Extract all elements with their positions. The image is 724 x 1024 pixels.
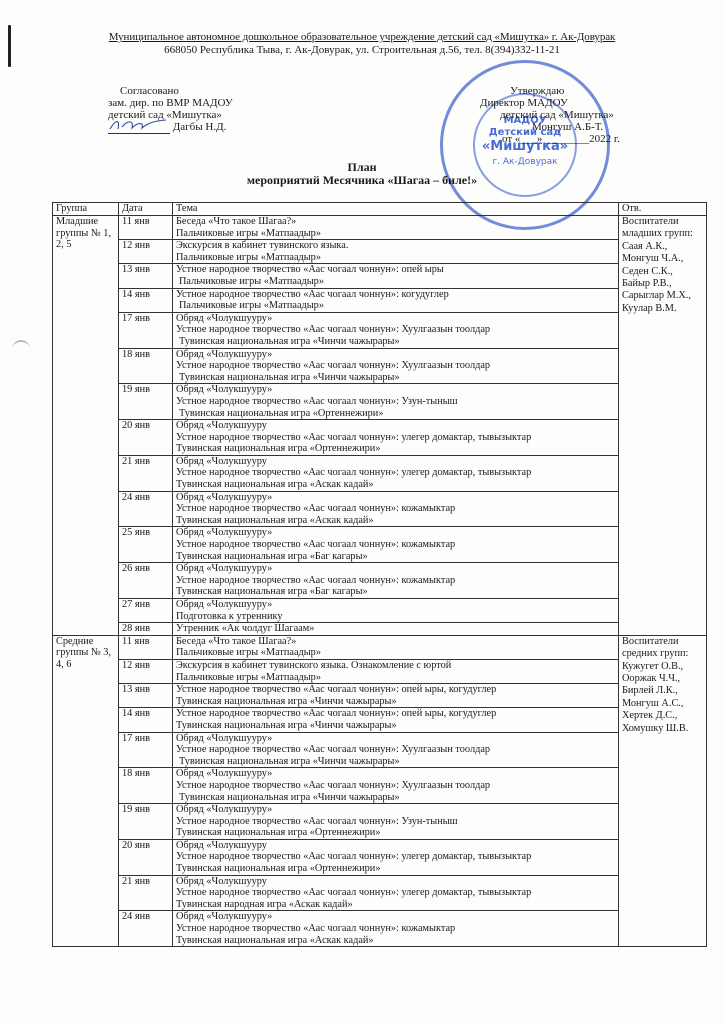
table-row: 20 янвОбряд «ЧолукшууруУстное народное т… <box>53 839 707 875</box>
theme-line: Устное народное творчество «Аас чогаал ч… <box>176 289 615 301</box>
theme-line: Устное народное творчество «Аас чогаал ч… <box>176 708 615 720</box>
theme-line: Обряд «Чолукшууру» <box>176 384 615 396</box>
theme-cell: Обряд «Чолукшууру»Устное народное творче… <box>173 384 619 420</box>
institution-name: Муниципальное автономное дошкольное обра… <box>0 31 724 43</box>
theme-line: Подготовка к утреннику <box>176 611 615 623</box>
theme-line: Пальчиковые игры «Матпаадыр» <box>176 672 615 684</box>
approval-right-signer: Монгуш А.Б-Т. <box>480 121 620 133</box>
theme-line: Обряд «Чолукшууру» <box>176 527 615 539</box>
date-cell: 24 янв <box>119 911 173 947</box>
theme-line: Тувинская национальная игра «Ортеннежири… <box>176 827 615 839</box>
theme-cell: Обряд «Чолукшууру»Устное народное творче… <box>173 804 619 840</box>
table-row: 21 янвОбряд «ЧолукшууруУстное народное т… <box>53 875 707 911</box>
theme-line: Тувинская национальная игра «Ортеннежири… <box>176 408 615 420</box>
theme-line: Устное народное творчество «Аас чогаал ч… <box>176 360 615 372</box>
theme-line: Пальчиковые игры «Матпаадыр» <box>176 647 615 659</box>
date-cell: 13 янв <box>119 684 173 708</box>
date-cell: 21 янв <box>119 875 173 911</box>
theme-line: Устное народное творчество «Аас чогаал ч… <box>176 432 615 444</box>
punch-hole-mark <box>12 340 30 358</box>
table-row: 14 янвУстное народное творчество «Аас чо… <box>53 288 707 312</box>
table-row: 19 янвОбряд «Чолукшууру»Устное народное … <box>53 804 707 840</box>
header-group: Группа <box>53 203 119 216</box>
theme-cell: Обряд «Чолукшууру»Устное народное творче… <box>173 563 619 599</box>
theme-cell: Экскурсия в кабинет тувинского языка.Пал… <box>173 240 619 264</box>
date-cell: 27 янв <box>119 599 173 623</box>
theme-line: Пальчиковые игры «Матпаадыр» <box>176 228 615 240</box>
theme-cell: Обряд «Чолукшууру»Устное народное творче… <box>173 491 619 527</box>
theme-line: Тувинская национальная игра «Чинчи чажыр… <box>176 336 615 348</box>
table-row: 24 янвОбряд «Чолукшууру»Устное народное … <box>53 491 707 527</box>
theme-cell: Обряд «ЧолукшууруУстное народное творчес… <box>173 875 619 911</box>
date-cell: 19 янв <box>119 804 173 840</box>
theme-line: Обряд «Чолукшууру <box>176 420 615 432</box>
theme-line: Устное народное творчество «Аас чогаал ч… <box>176 575 615 587</box>
theme-line: Устное народное творчество «Аас чогаал ч… <box>176 396 615 408</box>
theme-line: Пальчиковые игры «Матпаадыр» <box>176 300 615 312</box>
theme-line: Обряд «Чолукшууру» <box>176 599 615 611</box>
theme-line: Экскурсия в кабинет тувинского языка. Оз… <box>176 660 615 672</box>
approval-right-position: Директор МАДОУ <box>480 97 620 109</box>
plan-table: Группа Дата Тема Отв. Младшие группы № 1… <box>52 202 707 947</box>
table-row: 18 янвОбряд «Чолукшууру»Устное народное … <box>53 348 707 384</box>
date-cell: 24 янв <box>119 491 173 527</box>
institution-address: 668050 Республика Тыва, г. Ак-Довурак, у… <box>0 44 724 56</box>
header-theme: Тема <box>173 203 619 216</box>
theme-cell: Утренник «Ак чолдуг Шагаам» <box>173 623 619 636</box>
responsible-cell: Воспитатели младших групп: Саая А.К., Мо… <box>619 216 707 636</box>
theme-line: Тувинская национальная игра «Аскак кадай… <box>176 515 615 527</box>
date-cell: 28 янв <box>119 623 173 636</box>
theme-line: Устное народное творчество «Аас чогаал ч… <box>176 539 615 551</box>
theme-line: Устное народное творчество «Аас чогаал ч… <box>176 264 615 276</box>
approval-right-date: от «___» ________2022 г. <box>480 133 620 145</box>
table-row: 13 янвУстное народное творчество «Аас чо… <box>53 264 707 288</box>
theme-line: Обряд «Чолукшууру» <box>176 733 615 745</box>
table-row: 13 янвУстное народное творчество «Аас чо… <box>53 684 707 708</box>
theme-cell: Обряд «ЧолукшууруУстное народное творчес… <box>173 420 619 456</box>
table-row: 26 янвОбряд «Чолукшууру»Устное народное … <box>53 563 707 599</box>
table-row: 14 янвУстное народное творчество «Аас чо… <box>53 708 707 732</box>
date-cell: 12 янв <box>119 659 173 683</box>
theme-line: Утренник «Ак чолдуг Шагаам» <box>176 623 615 635</box>
date-cell: 12 янв <box>119 240 173 264</box>
theme-line: Обряд «Чолукшууру» <box>176 911 615 923</box>
approval-right-heading: Утверждаю <box>480 85 620 97</box>
theme-line: Обряд «Чолукшууру» <box>176 563 615 575</box>
approval-left-position: зам. дир. по ВМР МАДОУ <box>108 97 233 109</box>
date-cell: 21 янв <box>119 455 173 491</box>
table-row: Средние группы № 3, 4, 611 янвБеседа «Чт… <box>53 635 707 659</box>
theme-line: Устное народное творчество «Аас чогаал ч… <box>176 851 615 863</box>
theme-line: Устное народное творчество «Аас чогаал ч… <box>176 467 615 479</box>
table-row: 18 янвОбряд «Чолукшууру»Устное народное … <box>53 768 707 804</box>
theme-line: Обряд «Чолукшууру» <box>176 313 615 325</box>
header-date: Дата <box>119 203 173 216</box>
document-subtitle: мероприятий Месячника «Шагаа – биле!» <box>0 173 724 188</box>
theme-line: Тувинская национальная игра «Аскак кадай… <box>176 935 615 947</box>
theme-line: Обряд «Чолукшууру» <box>176 349 615 361</box>
group-cell: Средние группы № 3, 4, 6 <box>53 635 119 946</box>
theme-line: Тувинская национальная игра «Ортеннежири… <box>176 443 615 455</box>
theme-cell: Беседа «Что такое Шагаа?»Пальчиковые игр… <box>173 216 619 240</box>
theme-line: Устное народное творчество «Аас чогаал ч… <box>176 816 615 828</box>
theme-cell: Экскурсия в кабинет тувинского языка. Оз… <box>173 659 619 683</box>
theme-line: Тувинская национальная игра «Чинчи чажыр… <box>176 792 615 804</box>
table-row: 25 янвОбряд «Чолукшууру»Устное народное … <box>53 527 707 563</box>
theme-line: Тувинская национальная игра «Чинчи чажыр… <box>176 756 615 768</box>
date-cell: 20 янв <box>119 839 173 875</box>
theme-line: Пальчиковые игры «Матпаадыр» <box>176 276 615 288</box>
theme-line: Обряд «Чолукшууру <box>176 840 615 852</box>
date-cell: 18 янв <box>119 768 173 804</box>
theme-cell: Обряд «Чолукшууру»Устное народное творче… <box>173 312 619 348</box>
plan-table-body: Младшие группы № 1, 2, 511 янвБеседа «Чт… <box>53 216 707 947</box>
date-cell: 17 янв <box>119 312 173 348</box>
table-row: 20 янвОбряд «ЧолукшууруУстное народное т… <box>53 420 707 456</box>
theme-cell: Обряд «Чолукшууру»Устное народное творче… <box>173 348 619 384</box>
group-cell: Младшие группы № 1, 2, 5 <box>53 216 119 636</box>
theme-cell: Беседа «Что такое Шагаа?»Пальчиковые игр… <box>173 635 619 659</box>
date-cell: 14 янв <box>119 708 173 732</box>
theme-cell: Устное народное творчество «Аас чогаал ч… <box>173 684 619 708</box>
theme-line: Экскурсия в кабинет тувинского языка. <box>176 240 615 252</box>
theme-line: Обряд «Чолукшууру <box>176 456 615 468</box>
date-cell: 18 янв <box>119 348 173 384</box>
date-cell: 11 янв <box>119 216 173 240</box>
header-responsible: Отв. <box>619 203 707 216</box>
theme-cell: Обряд «Чолукшууру»Устное народное творче… <box>173 527 619 563</box>
theme-line: Устное народное творчество «Аас чогаал ч… <box>176 324 615 336</box>
date-cell: 13 янв <box>119 264 173 288</box>
theme-line: Тувинская народная игра «Аскак кадай» <box>176 899 615 911</box>
table-row: 17 янвОбряд «Чолукшууру»Устное народное … <box>53 732 707 768</box>
theme-line: Обряд «Чолукшууру» <box>176 492 615 504</box>
theme-cell: Обряд «ЧолукшууруУстное народное творчес… <box>173 839 619 875</box>
handwritten-signature-left <box>108 117 170 131</box>
date-cell: 25 янв <box>119 527 173 563</box>
theme-line: Устное народное творчество «Аас чогаал ч… <box>176 923 615 935</box>
date-cell: 17 янв <box>119 732 173 768</box>
date-cell: 14 янв <box>119 288 173 312</box>
theme-line: Устное народное творчество «Аас чогаал ч… <box>176 744 615 756</box>
theme-line: Устное народное творчество «Аас чогаал ч… <box>176 503 615 515</box>
date-cell: 11 янв <box>119 635 173 659</box>
theme-cell: Устное народное творчество «Аас чогаал ч… <box>173 708 619 732</box>
table-row: 28 янвУтренник «Ак чолдуг Шагаам» <box>53 623 707 636</box>
date-cell: 20 янв <box>119 420 173 456</box>
theme-line: Тувинская национальная игра «Чинчи чажыр… <box>176 696 615 708</box>
theme-line: Устное народное творчество «Аас чогаал ч… <box>176 887 615 899</box>
approval-block-right: Утверждаю Директор МАДОУ детский сад «Ми… <box>480 85 620 145</box>
theme-cell: Обряд «Чолукшууру»Устное народное творче… <box>173 911 619 947</box>
table-row: 21 янвОбряд «ЧолукшууруУстное народное т… <box>53 455 707 491</box>
theme-cell: Устное народное творчество «Аас чогаал ч… <box>173 288 619 312</box>
theme-line: Обряд «Чолукшууру» <box>176 768 615 780</box>
table-row: 19 янвОбряд «Чолукшууру»Устное народное … <box>53 384 707 420</box>
theme-line: Тувинская национальная игра «Чинчи чажыр… <box>176 720 615 732</box>
date-cell: 19 янв <box>119 384 173 420</box>
theme-line: Тувинская национальная игра «Баг кагары» <box>176 551 615 563</box>
responsible-cell: Воспитатели средних групп: Кужугет О.В.,… <box>619 635 707 946</box>
approval-left-heading: Согласовано <box>108 85 233 97</box>
theme-cell: Обряд «Чолукшууру»Подготовка к утреннику <box>173 599 619 623</box>
table-row: 27 янвОбряд «Чолукшууру»Подготовка к утр… <box>53 599 707 623</box>
approval-right-org: детский сад «Мишутка» <box>480 109 620 121</box>
table-row: 17 янвОбряд «Чолукшууру»Устное народное … <box>53 312 707 348</box>
theme-line: Пальчиковые игры «Матпаадыр» <box>176 252 615 264</box>
theme-line: Обряд «Чолукшууру» <box>176 804 615 816</box>
table-row: 24 янвОбряд «Чолукшууру»Устное народное … <box>53 911 707 947</box>
theme-line: Обряд «Чолукшууру <box>176 876 615 888</box>
theme-line: Беседа «Что такое Шагаа?» <box>176 216 615 228</box>
theme-cell: Устное народное творчество «Аас чогаал ч… <box>173 264 619 288</box>
date-cell: 26 янв <box>119 563 173 599</box>
theme-line: Устное народное творчество «Аас чогаал ч… <box>176 684 615 696</box>
table-row: Младшие группы № 1, 2, 511 янвБеседа «Чт… <box>53 216 707 240</box>
approval-left-signer: Дагбы Н.Д. <box>173 121 227 133</box>
theme-cell: Обряд «ЧолукшууруУстное народное творчес… <box>173 455 619 491</box>
theme-line: Беседа «Что такое Шагаа?» <box>176 636 615 648</box>
theme-cell: Обряд «Чолукшууру»Устное народное творче… <box>173 768 619 804</box>
theme-line: Тувинская национальная игра «Аскак кадай… <box>176 479 615 491</box>
theme-line: Тувинская национальная игра «Баг кагары» <box>176 586 615 598</box>
theme-cell: Обряд «Чолукшууру»Устное народное творче… <box>173 732 619 768</box>
table-row: 12 янвЭкскурсия в кабинет тувинского язы… <box>53 659 707 683</box>
table-header-row: Группа Дата Тема Отв. <box>53 203 707 216</box>
theme-line: Тувинская национальная игра «Ортеннежири… <box>176 863 615 875</box>
table-row: 12 янвЭкскурсия в кабинет тувинского язы… <box>53 240 707 264</box>
theme-line: Устное народное творчество «Аас чогаал ч… <box>176 780 615 792</box>
theme-line: Тувинская национальная игра «Чинчи чажыр… <box>176 372 615 384</box>
